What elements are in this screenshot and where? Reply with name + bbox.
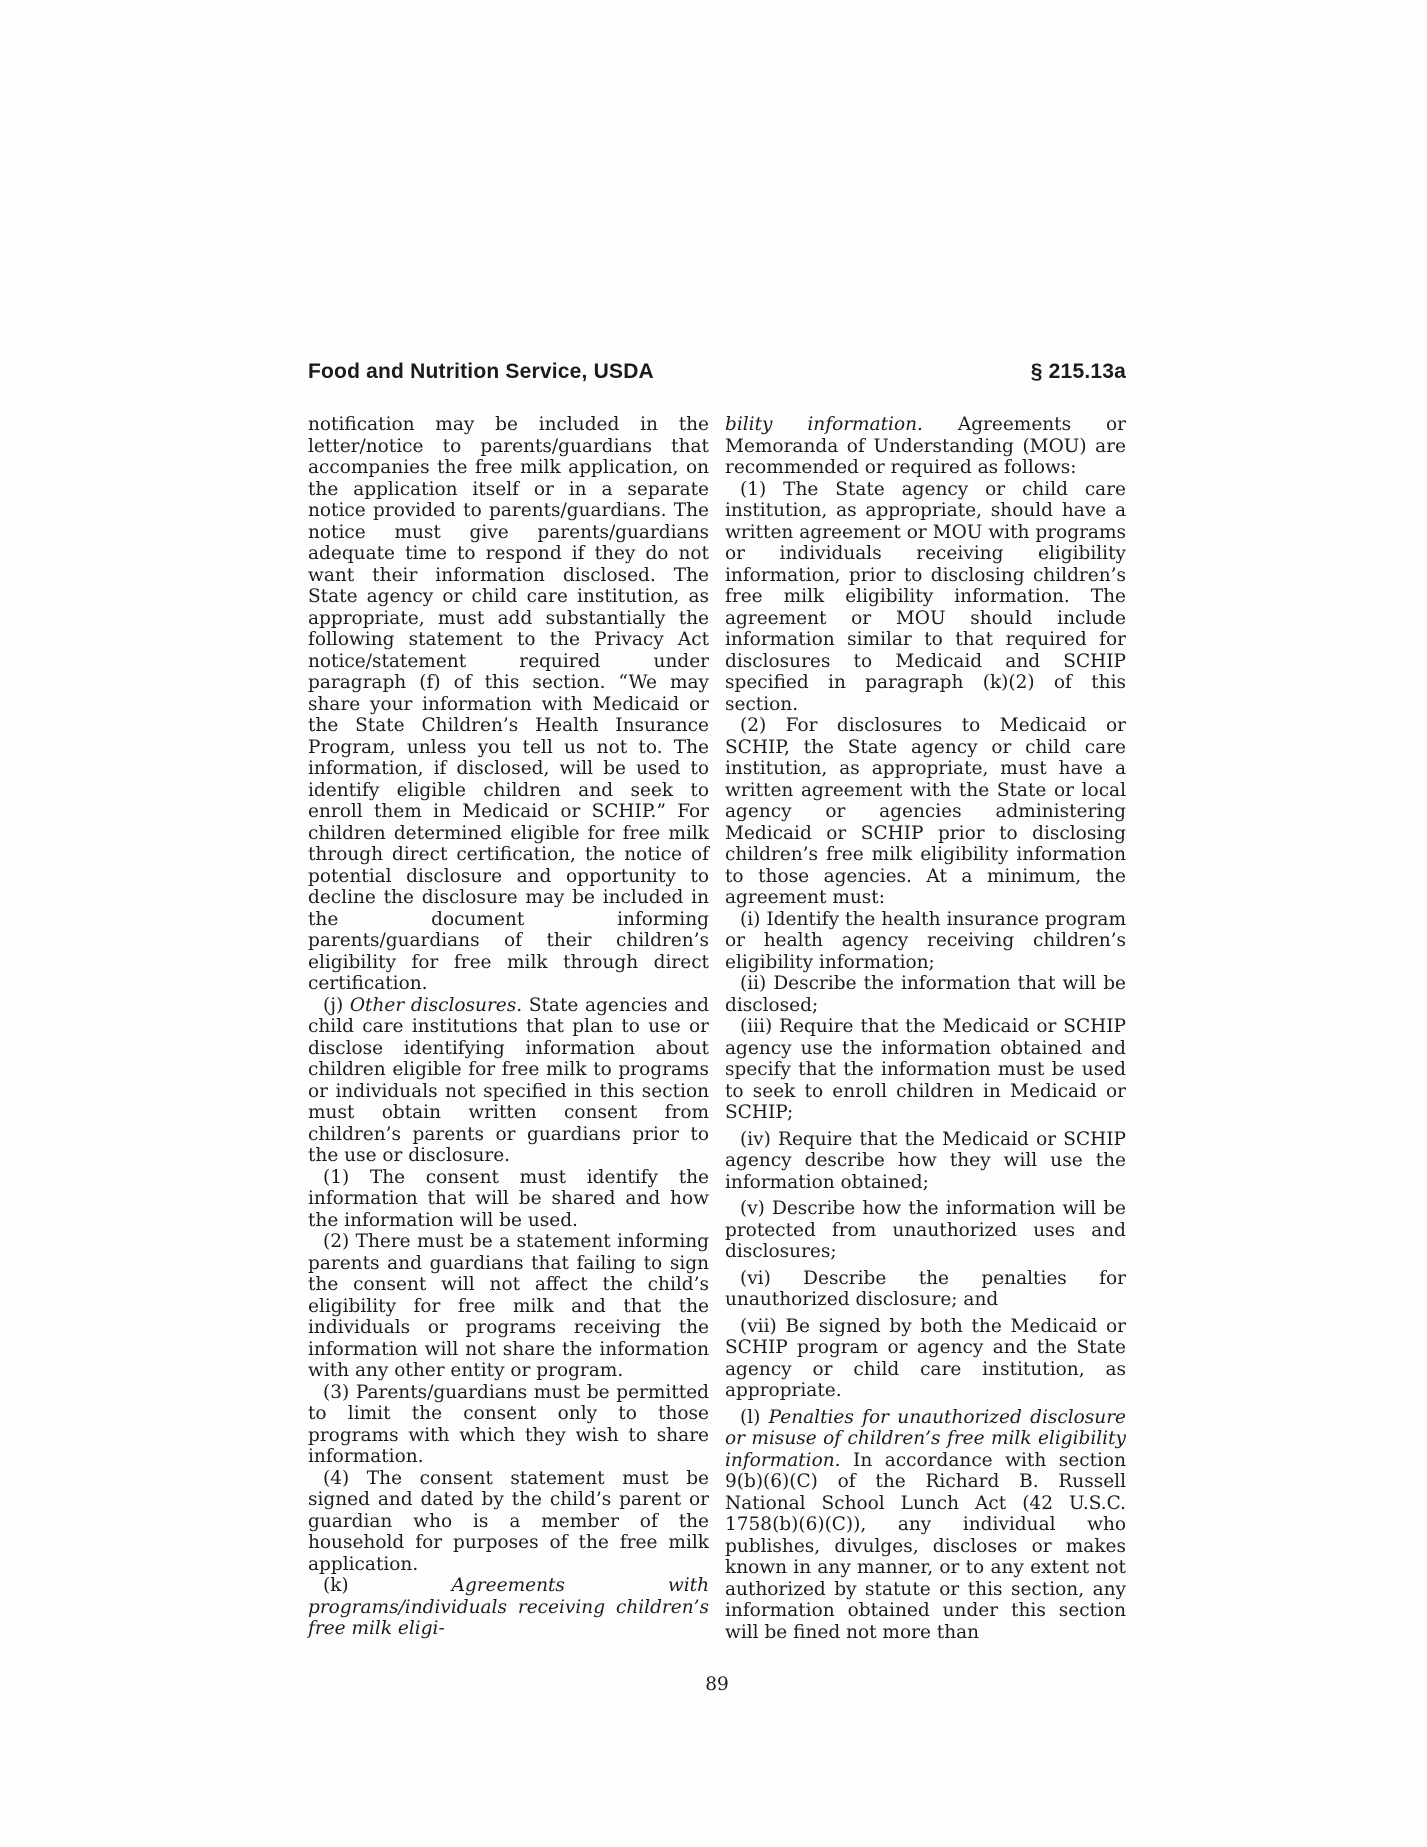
text-run: (3) Parents/guardians must be permitted …	[308, 1382, 709, 1468]
text-run: (2) There must be a statement informing …	[308, 1231, 709, 1381]
text-run: (vii) Be signed by both the Medicaid or …	[725, 1316, 1126, 1402]
text-run: (k)	[323, 1575, 452, 1596]
paragraph: (2) For disclosures to Medicaid or SCHIP…	[725, 715, 1126, 909]
text-run: notification may be included in the lett…	[308, 414, 709, 994]
paragraph: (ii) Describe the information that will …	[725, 973, 1126, 1016]
paragraph: (1) The State agency or child care insti…	[725, 479, 1126, 716]
paragraph: (2) There must be a statement informing …	[308, 1231, 709, 1382]
text-run: (j)	[323, 995, 350, 1016]
text-run: In accordance with section 9(b)(6)(C) of…	[725, 1450, 1126, 1643]
paragraph: (l) Penalties for unauthorized disclosur…	[725, 1407, 1126, 1644]
paragraph: (iii) Require that the Medicaid or SCHIP…	[725, 1016, 1126, 1124]
paragraph: (i) Identify the health insurance progra…	[725, 909, 1126, 974]
italic-text-run: Other disclosures.	[350, 995, 529, 1016]
text-run: (1) The State agency or child care insti…	[725, 479, 1126, 715]
text-run: (l)	[740, 1407, 769, 1428]
paragraph: (1) The consent must identify the inform…	[308, 1167, 709, 1232]
text-run: (ii) Describe the information that will …	[725, 973, 1126, 1016]
paragraph: notification may be included in the lett…	[308, 414, 709, 995]
text-run: (1) The consent must identify the inform…	[308, 1167, 709, 1231]
paragraph: (iv) Require that the Medicaid or SCHIP …	[725, 1129, 1126, 1194]
paragraph: (j) Other disclosures. State agencies an…	[308, 995, 709, 1167]
running-head-agency: Food and Nutrition Service, USDA	[308, 360, 654, 384]
page-content: Food and Nutrition Service, USDA § 215.1…	[308, 360, 1126, 1643]
left-column: notification may be included in the lett…	[308, 414, 709, 1643]
text-run: (2) For disclosures to Medicaid or SCHIP…	[725, 715, 1126, 908]
text-run: (v) Describe how the information will be…	[725, 1198, 1126, 1262]
paragraph: (v) Describe how the information will be…	[725, 1198, 1126, 1263]
paragraph: (4) The consent statement must be signed…	[308, 1468, 709, 1576]
text-run: (iii) Require that the Medicaid or SCHIP…	[725, 1016, 1126, 1123]
paragraph: bility information. Agreements or Memora…	[725, 414, 1126, 479]
running-head: Food and Nutrition Service, USDA § 215.1…	[308, 360, 1126, 384]
paragraph: (3) Parents/guardians must be permitted …	[308, 1382, 709, 1468]
paragraph: (vii) Be signed by both the Medicaid or …	[725, 1316, 1126, 1402]
text-run: (4) The consent statement must be signed…	[308, 1468, 709, 1575]
paragraph: (k) Agreements with programs/individuals…	[308, 1575, 709, 1640]
text-run: (i) Identify the health insurance progra…	[725, 909, 1126, 973]
text-run: State agencies and child care institutio…	[308, 995, 709, 1167]
page-number: 89	[308, 1674, 1126, 1695]
text-run: (vi) Describe the penalties for unauthor…	[725, 1268, 1126, 1311]
paragraph: (vi) Describe the penalties for unauthor…	[725, 1268, 1126, 1311]
italic-text-run: bility information.	[725, 414, 958, 435]
running-head-section-number: § 215.13a	[1031, 360, 1126, 384]
text-run: (iv) Require that the Medicaid or SCHIP …	[725, 1129, 1126, 1193]
body-columns: notification may be included in the lett…	[308, 414, 1126, 1643]
right-column: bility information. Agreements or Memora…	[725, 414, 1126, 1643]
document-page: Food and Nutrition Service, USDA § 215.1…	[0, 0, 1427, 1847]
